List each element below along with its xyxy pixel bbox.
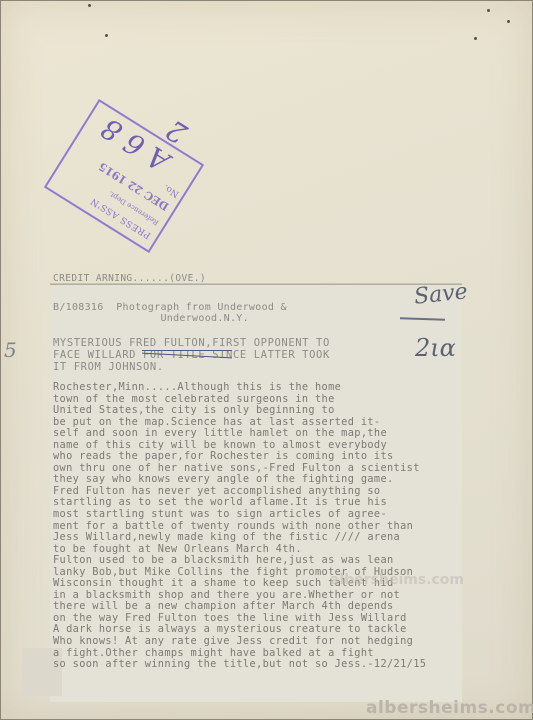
caption-body-line: so soon after winning the title,but not …: [53, 659, 426, 671]
caption-body: Rochester,Minn.....Although this is the …: [53, 382, 426, 671]
caption-body-line: self and soon in every little hamlet on …: [53, 428, 426, 440]
watermark: albersheims.com: [366, 698, 533, 718]
stamp-no-label: No.: [162, 182, 181, 199]
watermark-faint: albersheims.com: [330, 572, 464, 588]
caption-body-line: Jess Willard,newly made king of the fist…: [53, 532, 426, 544]
handwritten-size-note: 2ια: [415, 334, 456, 362]
credit-divider: [50, 284, 462, 285]
handwritten-margin-mark: 5: [4, 338, 17, 362]
negative-number-credit: B/108316 Photograph from Underwood & Und…: [53, 302, 287, 324]
caption-body-line: most startling stunt was to sign article…: [53, 509, 426, 521]
paper-speck: [474, 37, 477, 40]
caption-body-line: Who knows! At any rate give Jess credit …: [53, 636, 426, 648]
paper-speck: [88, 4, 91, 7]
paper-speck: [105, 34, 108, 37]
caption-body-line: Rochester,Minn.....Although this is the …: [53, 382, 426, 394]
pen-underline: [142, 350, 232, 351]
paper-speck: [507, 20, 510, 23]
paper-speck: [487, 9, 490, 12]
credit-warning-line: CREDIT ARNING......(OVE.): [53, 273, 206, 284]
caption-body-line: United States,the city is only beginning…: [53, 405, 426, 417]
